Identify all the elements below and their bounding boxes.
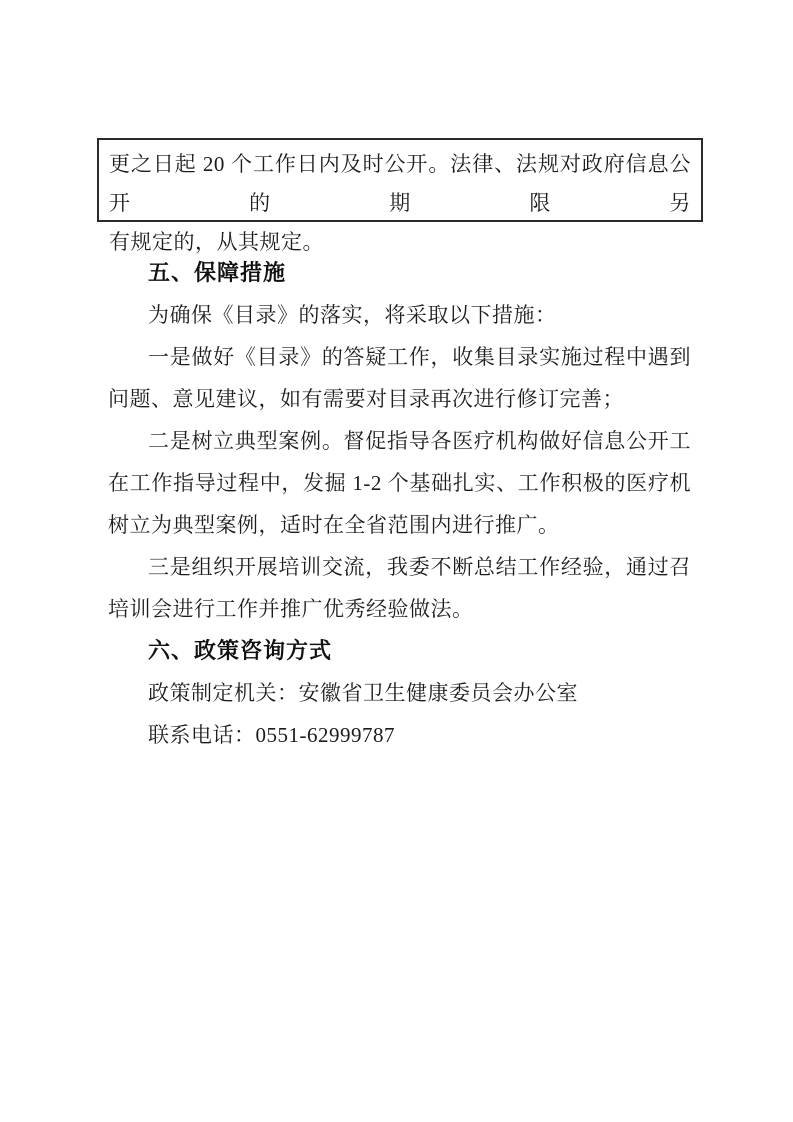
document-page: 更之日起 20 个工作日内及时公开。法律、法规对政府信息公开的期限另 有规定的，…	[0, 0, 793, 1122]
section-5-heading: 五、保障措施	[108, 252, 691, 294]
paragraph-line: 树立为典型案例，适时在全省范围内进行推广。	[108, 504, 691, 546]
notice-box: 更之日起 20 个工作日内及时公开。法律、法规对政府信息公开的期限另 有规定的，…	[97, 138, 703, 222]
paragraph-line: 在工作指导过程中，发掘 1-2 个基础扎实、工作积极的医疗机构	[108, 462, 691, 504]
paragraph-line: 培训会进行工作并推广优秀经验做法。	[108, 588, 691, 630]
policy-agency-line: 政策制定机关：安徽省卫生健康委员会办公室	[108, 672, 691, 714]
paragraph-line: 问题、意见建议，如有需要对目录再次进行修订完善；	[108, 378, 691, 420]
paragraph-line: 一是做好《目录》的答疑工作，收集目录实施过程中遇到的	[108, 336, 691, 378]
contact-phone-line: 联系电话：0551-62999787	[108, 714, 691, 756]
notice-box-line-1: 更之日起 20 个工作日内及时公开。法律、法规对政府信息公开的期限另	[109, 145, 691, 223]
document-body: 五、保障措施 为确保《目录》的落实，将采取以下措施： 一是做好《目录》的答疑工作…	[108, 252, 691, 756]
paragraph-line: 为确保《目录》的落实，将采取以下措施：	[108, 294, 691, 336]
paragraph-line: 三是组织开展培训交流，我委不断总结工作经验，通过召开	[108, 546, 691, 588]
section-6-heading: 六、政策咨询方式	[108, 630, 691, 672]
paragraph-line: 二是树立典型案例。督促指导各医疗机构做好信息公开工作，	[108, 420, 691, 462]
